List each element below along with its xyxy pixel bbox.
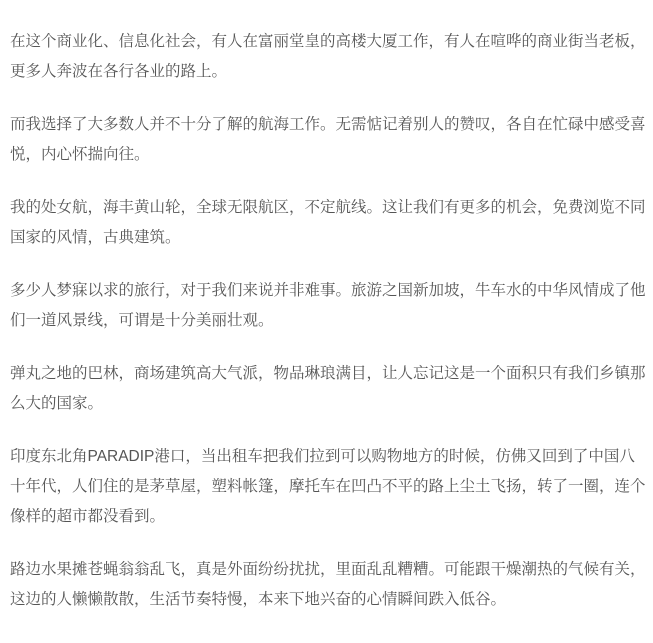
article-body: 在这个商业化、信息化社会，有人在富丽堂皇的高楼大厦工作，有人在喧哗的商业街当老板…: [0, 0, 653, 643]
paragraph-2: 而我选择了大多数人并不十分了解的航海工作。无需惦记着别人的赞叹，各自在忙碌中感受…: [10, 110, 646, 170]
paragraph-3: 我的处女航，海丰黄山轮，全球无限航区，不定航线。这让我们有更多的机会，免费浏览不…: [10, 193, 646, 253]
paragraph-1: 在这个商业化、信息化社会，有人在富丽堂皇的高楼大厦工作，有人在喧哗的商业街当老板…: [10, 27, 646, 87]
paragraph-7: 路边水果摊苍蝇翁翁乱飞，真是外面纷纷扰扰，里面乱乱糟糟。可能跟干燥潮热的气候有关…: [10, 555, 646, 615]
paragraph-5: 弹丸之地的巴林，商场建筑高大气派，物品琳琅满目，让人忘记这是一个面积只有我们乡镇…: [10, 359, 646, 419]
paragraph-6: 印度东北角PARADIP港口，当出租车把我们拉到可以购物地方的时候，仿佛又回到了…: [10, 442, 646, 532]
paragraph-4: 多少人梦寐以求的旅行，对于我们来说并非难事。旅游之国新加坡，牛车水的中华风情成了…: [10, 276, 646, 336]
